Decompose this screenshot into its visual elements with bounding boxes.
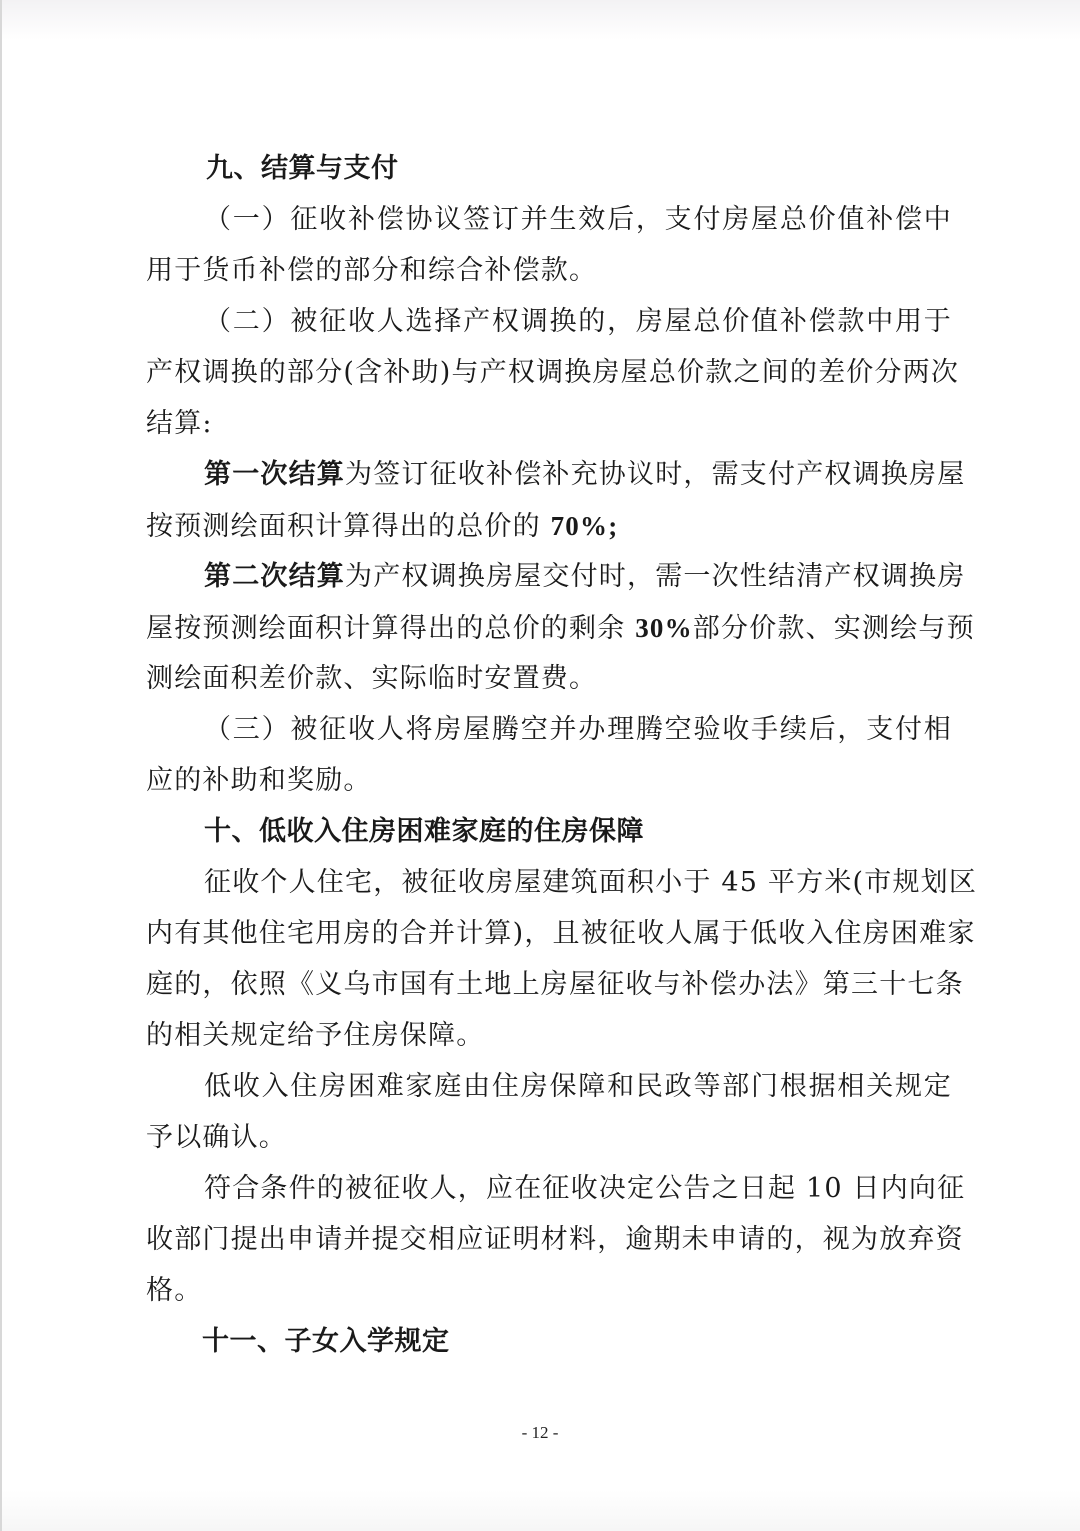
first-settlement-text-2: 按预测绘面积计算得出的总价的 [146, 511, 551, 542]
document-page: 九、结算与支付 （一）征收补偿协议签订并生效后，支付房屋总价值补偿中 用于货币补… [0, 0, 1080, 1531]
first-settlement-percentage: 70%; [551, 511, 619, 541]
page-number: - 12 - [0, 1423, 1080, 1443]
paragraph-line: 测绘面积差价款、实际临时安置费。 [146, 662, 952, 696]
section-heading-settlement-payment: 九、结算与支付 [206, 152, 1012, 186]
first-settlement-line: 第一次结算为签订征收补偿补充协议时，需支付产权调换房屋 [146, 458, 952, 492]
paragraph-line: 低收入住房困难家庭由住房保障和民政等部门根据相关规定 [146, 1070, 952, 1104]
paragraph-line: （一）征收补偿协议签订并生效后，支付房屋总价值补偿中 [146, 203, 952, 237]
paragraph-line: 收部门提出申请并提交相应证明材料，逾期未申请的，视为放弃资 [146, 1223, 952, 1257]
paragraph-line: （二）被征收人选择产权调换的，房屋总价值补偿款中用于 [146, 305, 952, 339]
page-edge-shadow [0, 0, 2, 1531]
paragraph-line: 内有其他住宅用房的合并计算)，且被征收人属于低收入住房困难家 [146, 917, 952, 951]
paragraph-line: 格。 [146, 1274, 952, 1308]
first-settlement-label: 第一次结算 [204, 459, 345, 490]
paragraph-line: （三）被征收人将房屋腾空并办理腾空验收手续后，支付相 [146, 713, 952, 747]
paragraph-line: 予以确认。 [146, 1121, 952, 1155]
second-settlement-text: 为产权调换房屋交付时，需一次性结清产权调换房 [345, 561, 965, 592]
paragraph-line: 应的补助和奖励。 [146, 764, 952, 798]
second-settlement-text-3: 部分价款、实测绘与预 [693, 613, 975, 644]
second-settlement-line-2: 屋按预测绘面积计算得出的总价的剩余 30%部分价款、实测绘与预 [146, 611, 952, 646]
section-heading-housing-security: 十、低收入住房困难家庭的住房保障 [204, 815, 1010, 849]
paragraph-line: 庭的，依照《义乌市国有土地上房屋征收与补偿办法》第三十七条 [146, 968, 952, 1002]
second-settlement-label: 第二次结算 [204, 561, 345, 592]
paragraph-line: 征收个人住宅，被征收房屋建筑面积小于 45 平方米(市规划区 [146, 866, 952, 900]
paragraph-line: 的相关规定给予住房保障。 [146, 1019, 952, 1053]
second-settlement-percentage: 30% [635, 613, 693, 643]
paragraph-line: 结算: [146, 407, 952, 441]
paragraph-line: 符合条件的被征收人，应在征收决定公告之日起 10 日内向征 [146, 1172, 952, 1206]
paragraph-line: 产权调换的部分(含补助)与产权调换房屋总价款之间的差价分两次 [146, 356, 952, 390]
section-heading-children-enrollment: 十一、子女入学规定 [202, 1325, 1008, 1359]
first-settlement-text: 为签订征收补偿补充协议时，需支付产权调换房屋 [345, 459, 965, 490]
second-settlement-text-2: 屋按预测绘面积计算得出的总价的剩余 [146, 613, 635, 644]
second-settlement-line: 第二次结算为产权调换房屋交付时，需一次性结清产权调换房 [146, 560, 952, 594]
first-settlement-line-2: 按预测绘面积计算得出的总价的 70%; [146, 509, 952, 544]
paragraph-line: 用于货币补偿的部分和综合补偿款。 [146, 254, 952, 288]
